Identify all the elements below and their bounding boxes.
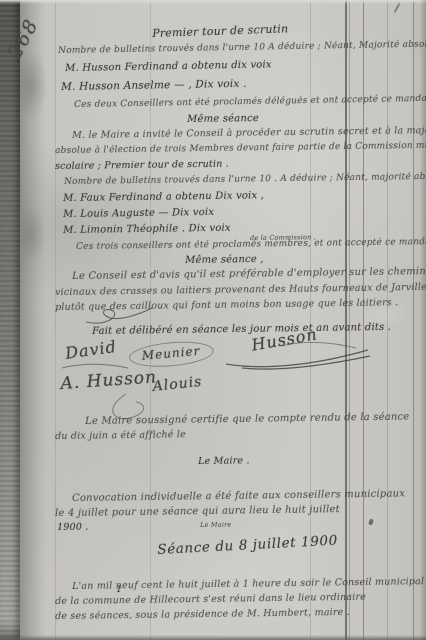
scanned-manuscript-page: 268 Premier tour de scrutinNombre de bul… bbox=[0, 0, 426, 640]
manuscript-line: de ses séances, sous la présidence de M.… bbox=[55, 607, 350, 622]
paper-smudge bbox=[16, 205, 46, 265]
manuscript-line: de la commune de Hillecourt s'est réuni … bbox=[55, 592, 366, 607]
paraph-flourish bbox=[84, 304, 154, 326]
signature-tail-flourish bbox=[96, 392, 156, 426]
manuscript-line: M. Husson Anselme — , Dix voix . bbox=[61, 78, 247, 93]
manuscript-line: Convocation individuelle a été faite aux… bbox=[72, 488, 405, 504]
manuscript-line: M. Louis Auguste — Dix voix bbox=[63, 207, 214, 220]
manuscript-line: Nombre de bulletins trouvés dans l'urne … bbox=[58, 39, 426, 56]
manuscript-line: M. Husson Ferdinand a obtenu dix voix bbox=[65, 59, 272, 74]
manuscript-line: vicinaux des crasses ou laitiers provena… bbox=[55, 282, 426, 298]
manuscript-line: Ces trois conseillers ont été proclamés … bbox=[76, 237, 426, 252]
manuscript-line: M. Faux Ferdinand a obtenu Dix voix , bbox=[63, 190, 264, 204]
manuscript-line: L'an mil neuf cent le huit juillet à 1 h… bbox=[72, 576, 424, 592]
manuscript-line: Le Maire bbox=[200, 521, 232, 529]
manuscript-line: 1 bbox=[116, 585, 122, 595]
page-bottom-edge bbox=[0, 635, 426, 640]
signature-swash-flourish bbox=[222, 340, 372, 370]
manuscript-line: absolue à l'élection de trois Membres de… bbox=[55, 140, 426, 156]
ruled-line bbox=[55, 0, 56, 640]
manuscript-line: Premier tour de scrutin bbox=[152, 22, 288, 40]
manuscript-line: Nombre de bulletins trouvés dans l'urne … bbox=[64, 171, 426, 187]
manuscript-line: Le Maire . bbox=[198, 455, 250, 467]
manuscript-line: 1900 . bbox=[57, 522, 89, 533]
manuscript-line: Même séance , bbox=[185, 254, 264, 266]
manuscript-line: Ces deux Conseillers ont été proclamés d… bbox=[74, 94, 426, 110]
manuscript-line: Même séance bbox=[187, 113, 259, 125]
section-heading: Séance du 8 juillet 1900 bbox=[157, 533, 338, 558]
manuscript-line: M. Limonin Théophile . Dix voix bbox=[63, 223, 231, 236]
page-top-edge bbox=[0, 0, 426, 4]
ink-speck bbox=[368, 518, 374, 525]
signature: David bbox=[64, 337, 118, 363]
manuscript-line: scolaire ; Premier tour de scrutin . bbox=[55, 159, 229, 172]
manuscript-line: M. le Maire a invité le Conseil à procéd… bbox=[72, 125, 426, 141]
manuscript-line: le 4 juillet pour une séance qui aura li… bbox=[55, 504, 340, 519]
manuscript-line: Le Conseil est d'avis qu'il est préférab… bbox=[72, 266, 426, 282]
signature: Alouis bbox=[152, 374, 203, 395]
signature-underline-flourish bbox=[60, 360, 130, 372]
signature: Meunier bbox=[128, 339, 214, 370]
manuscript-line: du dix juin a été affiché le bbox=[55, 429, 186, 442]
